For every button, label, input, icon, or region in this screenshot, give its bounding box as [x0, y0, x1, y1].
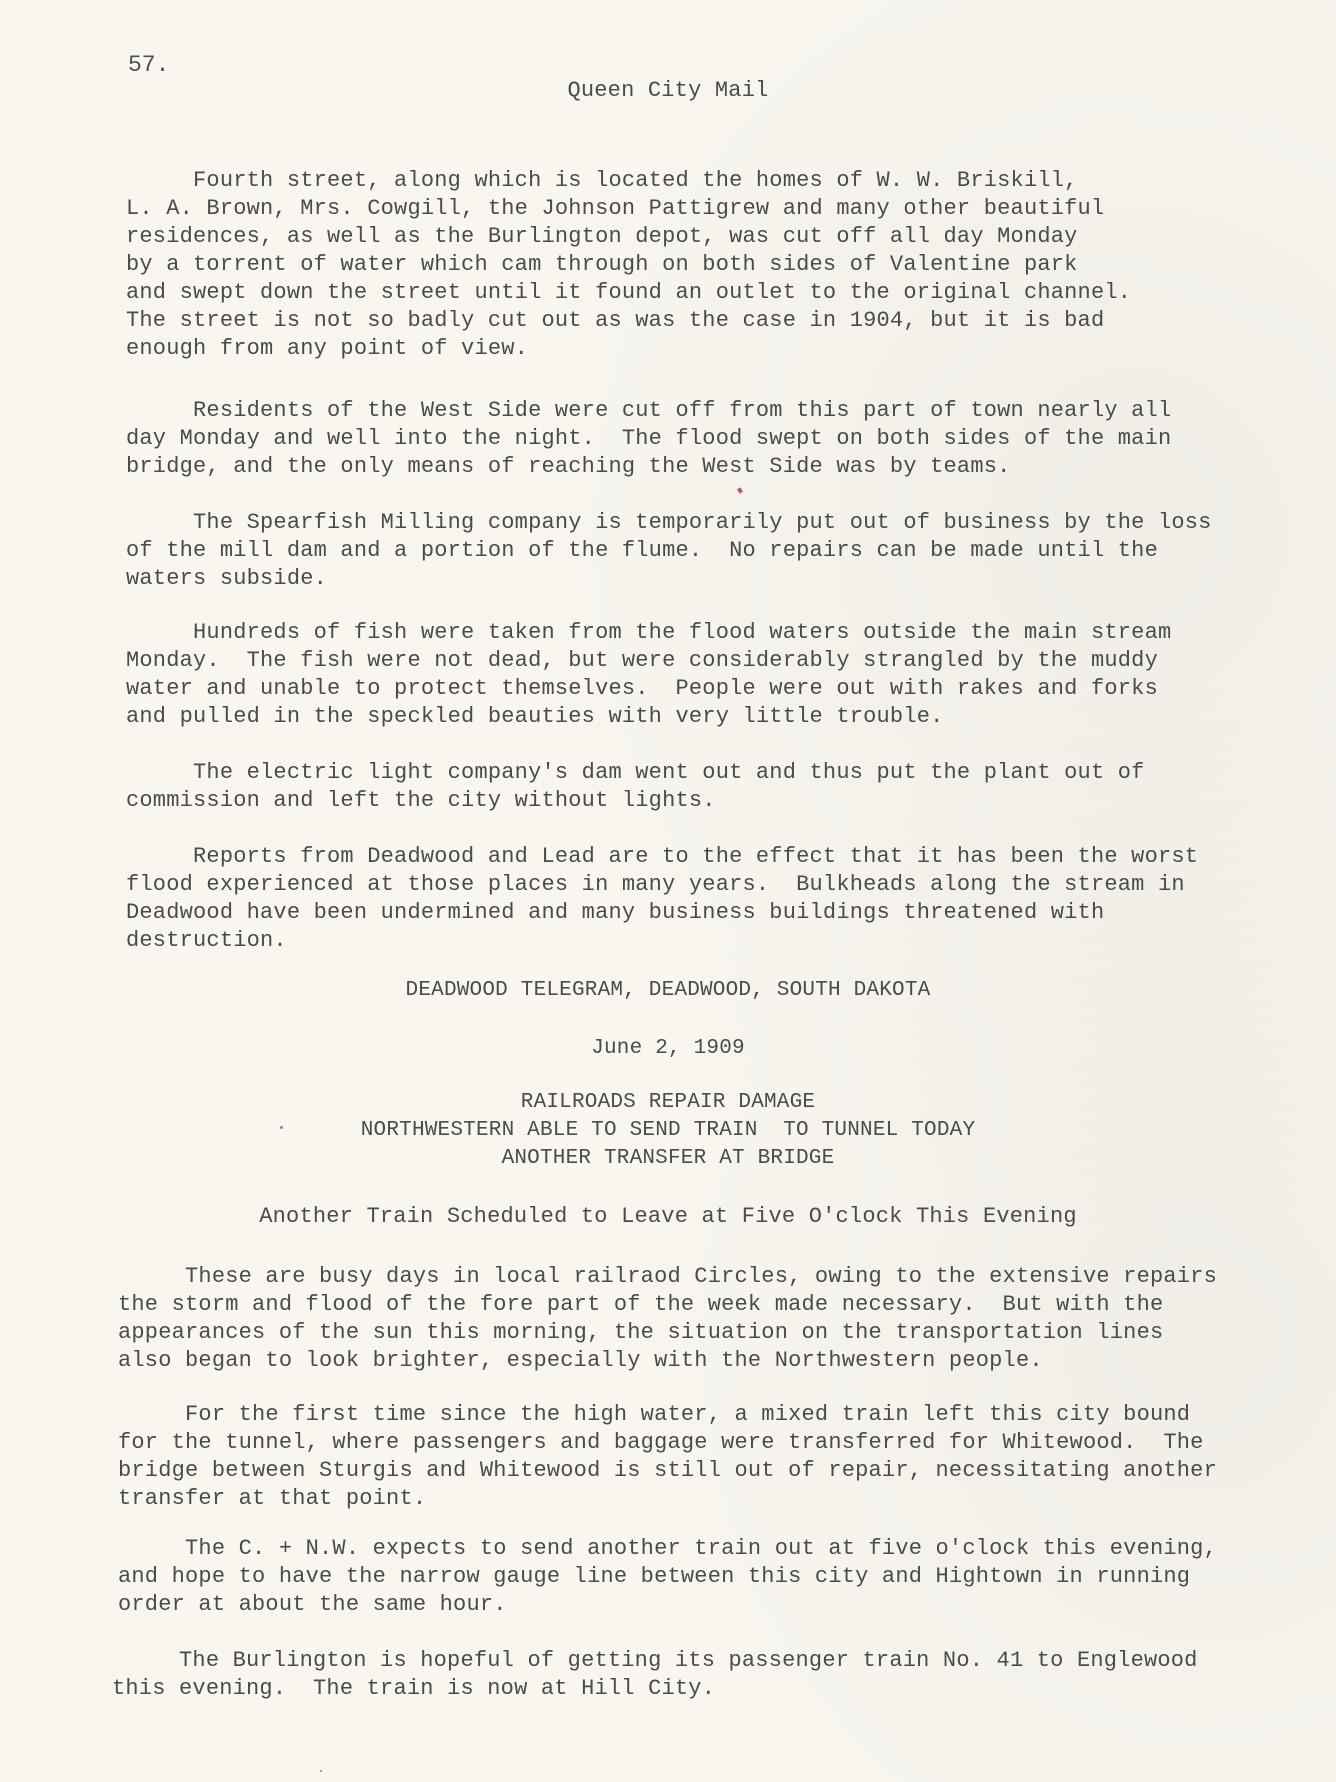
text-line: The street is not so badly cut out as wa… — [126, 308, 1104, 334]
text-line: and hope to have the narrow gauge line b… — [118, 1564, 1190, 1590]
text-line: transfer at that point. — [118, 1486, 426, 1512]
text-line: destruction. — [126, 928, 287, 954]
document-page: 57. Queen City Mail Fourth street, along… — [0, 0, 1336, 1782]
text-line: waters subside. — [126, 566, 327, 592]
text-line: enough from any point of view. — [126, 336, 528, 362]
text-line: L. A. Brown, Mrs. Cowgill, the Johnson P… — [126, 196, 1104, 222]
text-line: Residents of the West Side were cut off … — [126, 398, 1171, 424]
text-line: bridge between Sturgis and Whitewood is … — [118, 1458, 1217, 1484]
text-line: Reports from Deadwood and Lead are to th… — [126, 844, 1198, 870]
text-line: day Monday and well into the night. The … — [126, 426, 1171, 452]
text-line: commission and left the city without lig… — [126, 788, 716, 814]
text-line: The electric light company's dam went ou… — [126, 760, 1145, 786]
text-line: The Burlington is hopeful of getting its… — [112, 1648, 1198, 1674]
document-header-title: Queen City Mail — [0, 78, 1336, 104]
text-line: These are busy days in local railraod Ci… — [118, 1264, 1217, 1290]
text-line: and pulled in the speckled beauties with… — [126, 704, 944, 730]
text-line: For the first time since the high water,… — [118, 1402, 1190, 1428]
text-line: by a torrent of water which cam through … — [126, 252, 1078, 278]
article-date: June 2, 1909 — [0, 1036, 1336, 1062]
text-line: for the tunnel, where passengers and bag… — [118, 1430, 1204, 1456]
headline: ANOTHER TRANSFER AT BRIDGE — [0, 1146, 1336, 1172]
text-line: Hundreds of fish were taken from the flo… — [126, 620, 1171, 646]
ink-mark — [737, 487, 743, 493]
paper-speck — [320, 1770, 322, 1772]
text-line: the storm and flood of the fore part of … — [118, 1292, 1163, 1318]
text-line: Deadwood have been undermined and many b… — [126, 900, 1104, 926]
text-line: this evening. The train is now at Hill C… — [112, 1676, 715, 1702]
page-number: 57. — [128, 52, 169, 78]
newspaper-source: DEADWOOD TELEGRAM, DEADWOOD, SOUTH DAKOT… — [0, 978, 1336, 1004]
text-line: and swept down the street until it found… — [126, 280, 1131, 306]
text-line: Monday. The fish were not dead, but were… — [126, 648, 1158, 674]
headline: NORTHWESTERN ABLE TO SEND TRAIN TO TUNNE… — [0, 1118, 1336, 1144]
text-line: Fourth street, along which is located th… — [126, 168, 1078, 194]
text-line: The Spearfish Milling company is tempora… — [126, 510, 1212, 536]
text-line: of the mill dam and a portion of the flu… — [126, 538, 1158, 564]
subheadline: Another Train Scheduled to Leave at Five… — [0, 1204, 1336, 1230]
text-line: also began to look brighter, especially … — [118, 1348, 1043, 1374]
text-line: flood experienced at those places in man… — [126, 872, 1185, 898]
text-line: appearances of the sun this morning, the… — [118, 1320, 1163, 1346]
text-line: order at about the same hour. — [118, 1592, 507, 1618]
headline: RAILROADS REPAIR DAMAGE — [0, 1090, 1336, 1116]
text-line: bridge, and the only means of reaching t… — [126, 454, 1011, 480]
paper-speck — [280, 1126, 283, 1129]
text-line: The C. + N.W. expects to send another tr… — [118, 1536, 1217, 1562]
text-line: residences, as well as the Burlington de… — [126, 224, 1078, 250]
text-line: water and unable to protect themselves. … — [126, 676, 1158, 702]
